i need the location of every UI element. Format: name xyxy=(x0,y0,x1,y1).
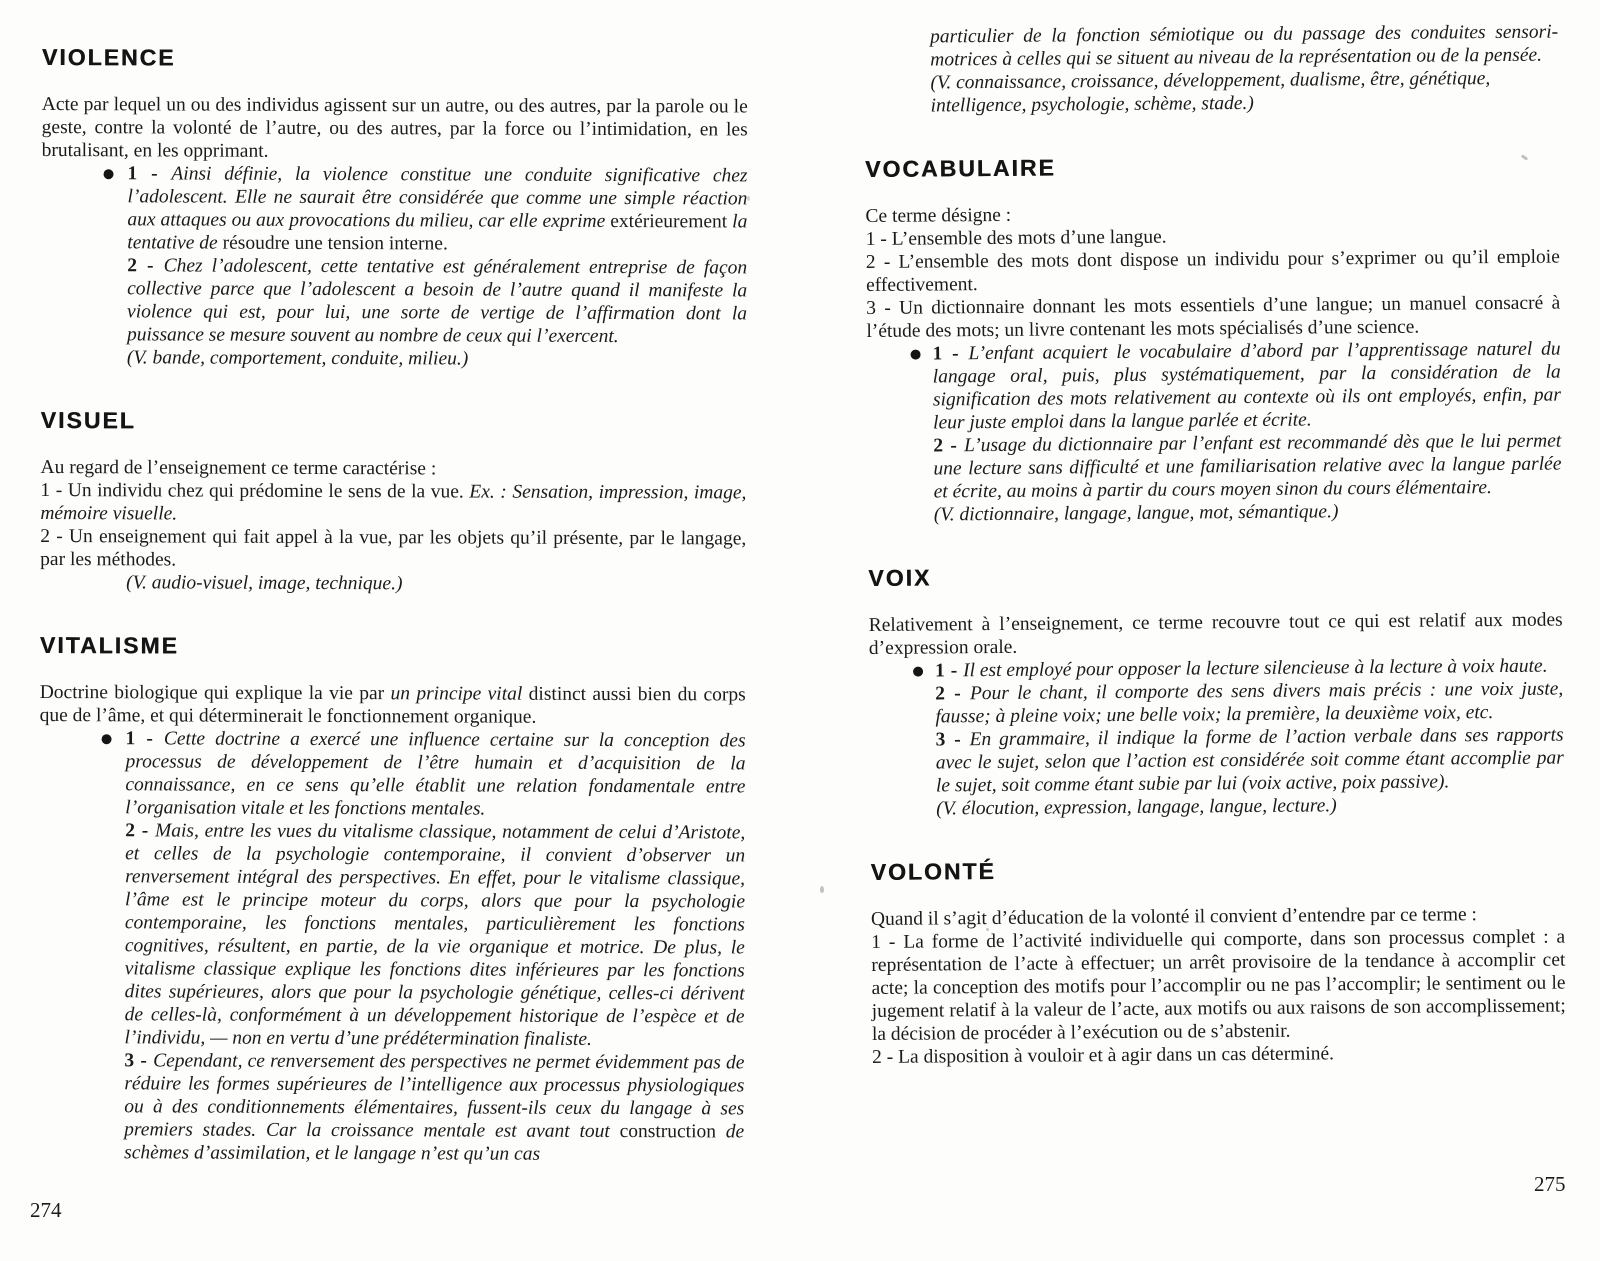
text-segment: Cette doctrine a exercé une influence ce… xyxy=(125,729,745,820)
annotation-item: 1 - L’enfant acquiert le vocabulaire d’a… xyxy=(866,338,1561,435)
text-segment: Acte par lequel un ou des individus agis… xyxy=(42,94,748,162)
scan-artifact xyxy=(986,928,989,931)
annotation-item: 2 - Mais, entre les vues du vitalisme cl… xyxy=(38,819,745,1051)
item-number: 3 - xyxy=(124,1051,153,1072)
text-segment: Pour le chant, il comporte des sens dive… xyxy=(935,679,1563,728)
item-number: 2 - xyxy=(933,435,964,456)
text-segment: construction xyxy=(620,1121,726,1142)
item-number: 1 - xyxy=(871,932,903,953)
cross-reference: (V. bande, comportement, conduite, milie… xyxy=(41,346,747,371)
scan-artifact xyxy=(820,886,824,893)
cross-reference: (V. audio-visuel, image, technique.) xyxy=(40,571,746,596)
annotation-item: particulier de la fonction sémiotique ou… xyxy=(864,21,1558,72)
scanned-book-spread: VIOLENCEActe par lequel un ou des indivi… xyxy=(0,0,1600,1261)
item-number: 3 - xyxy=(866,298,899,319)
item-number: 2 - xyxy=(125,821,155,842)
entry-heading: VOLONTÉ xyxy=(871,854,1565,887)
left-page-column: VIOLENCEActe par lequel un ou des indivi… xyxy=(38,42,748,1167)
annotation-item: 1 - Ainsi définie, la violence constitue… xyxy=(41,162,747,256)
bullet-icon xyxy=(913,667,923,677)
definition-paragraph: Au regard de l’enseignement ce terme car… xyxy=(40,456,746,481)
entry-heading: VOCABULAIRE xyxy=(865,151,1559,184)
item-number: 1 - xyxy=(126,729,164,750)
text-segment: résoudre une tension interne. xyxy=(223,233,448,255)
definition-paragraph: Acte par lequel un ou des individus agis… xyxy=(42,93,748,164)
entry-heading: VOIX xyxy=(868,560,1562,593)
text-segment: L’usage du dictionnaire par l’enfant est… xyxy=(933,431,1561,503)
text-segment: L’ensemble des mots dont dispose un indi… xyxy=(866,247,1560,296)
item-number: 2 - xyxy=(40,526,69,547)
entry-heading: VISUEL xyxy=(41,407,747,437)
bullet-icon xyxy=(104,169,114,179)
page-number-right: 275 xyxy=(1534,1172,1566,1197)
annotation-item: 1 - Cette doctrine a exercé une influenc… xyxy=(39,727,745,821)
text-segment: Un individu chez qui prédomine le sens d… xyxy=(68,480,470,502)
annotation-item: 3 - En grammaire, il indique la forme de… xyxy=(870,724,1565,798)
bullet-icon xyxy=(102,735,112,745)
text-segment: Chez l’adolescent, cette tentative est g… xyxy=(127,256,747,348)
definition-paragraph: Doctrine biologique qui explique la vie … xyxy=(40,681,746,729)
item-number: 1 - xyxy=(932,343,968,364)
text-segment: Relativement à l’enseignement, ce terme … xyxy=(869,610,1563,659)
annotation-item: 3 - Cependant, ce renversement des persp… xyxy=(38,1049,744,1166)
right-page-column: particulier de la fonction sémiotique ou… xyxy=(864,21,1566,1070)
text-segment: un principe vital xyxy=(390,684,522,705)
item-number: 1 - xyxy=(128,163,172,184)
text-segment: Un dictionnaire donnant les mots essenti… xyxy=(866,293,1560,342)
text-segment: Au regard de l’enseignement ce terme car… xyxy=(40,457,436,479)
page-number-left: 274 xyxy=(30,1198,62,1223)
text-segment: Doctrine biologique qui explique la vie … xyxy=(40,682,391,704)
item-number: 2 - xyxy=(127,255,163,276)
item-number: 2 - xyxy=(935,683,970,704)
numbered-definition: 2 - L’ensemble des mots dont dispose un … xyxy=(866,246,1560,297)
numbered-definition: 1 - La forme de l’activité individuelle … xyxy=(871,926,1566,1046)
item-number: 1 - xyxy=(40,480,67,501)
text-segment: Ce terme désigne : xyxy=(865,205,1011,227)
numbered-definition: 2 - La disposition à vouloir et à agir d… xyxy=(872,1041,1566,1069)
scan-artifact xyxy=(747,196,750,201)
text-segment: particulier de la fonction sémiotique ou… xyxy=(930,22,1558,71)
item-number: 2 - xyxy=(872,1047,898,1068)
annotation-item: 2 - Pour le chant, il comporte des sens … xyxy=(869,678,1563,729)
text-segment: Un enseignement qui fait appel à la vue,… xyxy=(40,526,746,570)
item-number: 2 - xyxy=(866,252,899,273)
text-segment: La forme de l’activité individuelle qui … xyxy=(871,927,1566,1045)
text-segment: La disposition à vouloir et à agir dans … xyxy=(898,1044,1334,1068)
item-number: 1 - xyxy=(866,229,892,250)
cross-reference: (V. connaissance, croissance, développem… xyxy=(864,67,1558,118)
numbered-definition: 2 - Un enseignement qui fait appel à la … xyxy=(40,525,746,573)
item-number: 1 - xyxy=(935,660,963,681)
entry-heading: VIOLENCE xyxy=(42,44,748,74)
numbered-definition: 3 - Un dictionnaire donnant les mots ess… xyxy=(866,292,1560,343)
text-segment: L’enfant acquiert le vocabulaire d’abord… xyxy=(933,339,1561,434)
text-segment: En grammaire, il indique la forme de l’a… xyxy=(936,725,1564,797)
numbered-definition: 1 - Un individu chez qui prédomine le se… xyxy=(40,479,746,527)
definition-paragraph: Relativement à l’enseignement, ce terme … xyxy=(869,609,1563,660)
text-segment: L’ensemble des mots d’une langue. xyxy=(892,227,1167,250)
item-number: 3 - xyxy=(936,729,970,750)
annotation-item: 2 - Chez l’adolescent, cette tentative e… xyxy=(41,254,747,348)
entry-heading: VITALISME xyxy=(40,632,746,662)
annotation-item: 2 - L’usage du dictionnaire par l’enfant… xyxy=(867,430,1562,504)
bullet-icon xyxy=(911,350,921,360)
text-segment: Mais, entre les vues du vitalisme classi… xyxy=(124,821,745,1051)
text-segment: extérieurement xyxy=(610,211,732,232)
